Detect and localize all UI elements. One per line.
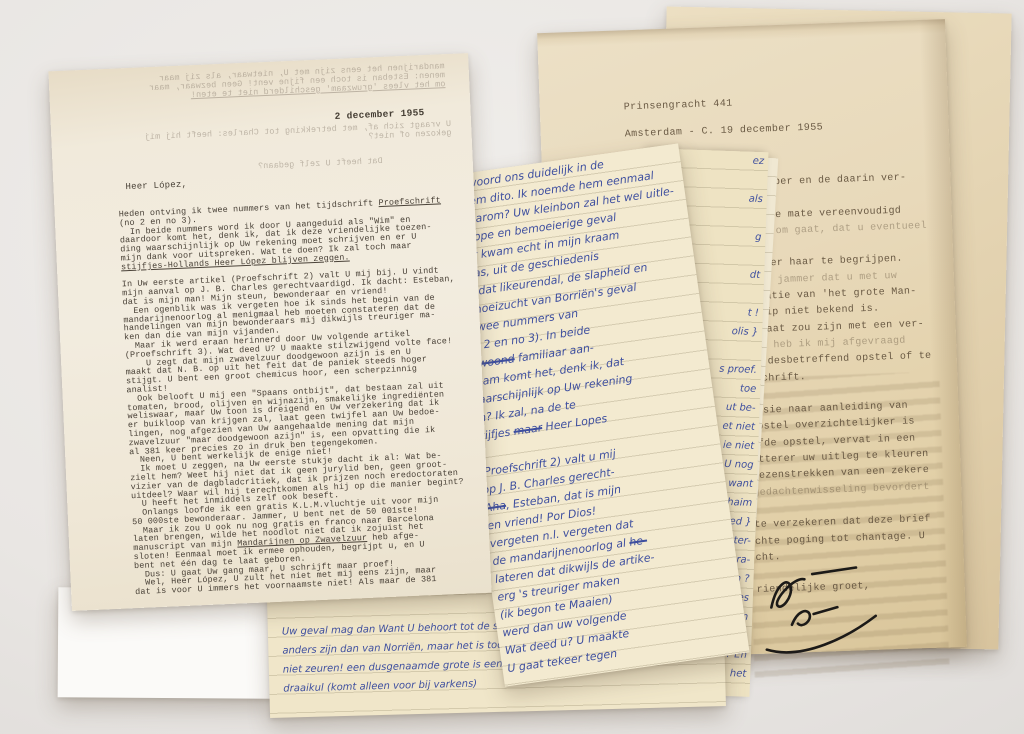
letter-body: Heden ontving ik twee nummers van het ti… bbox=[119, 195, 488, 597]
photo-backdrop: Prinsengracht 441 Amsterdam - C. 19 dece… bbox=[0, 0, 1024, 734]
struck-text: he- bbox=[629, 534, 648, 549]
mirrored-ink-offset-low: Dat heeft U zelf gedaan? bbox=[163, 157, 383, 175]
mirrored-ink-offset-mid: U vraagt zich af, met betrekking tot Cha… bbox=[81, 120, 451, 154]
mirrored-ink-offset-top: mandarijnen het eens zijn met U, nietwaa… bbox=[85, 62, 446, 104]
letter-hermans-to-lopez: mandarijnen het eens zijn met U, nietwaa… bbox=[48, 53, 491, 611]
struck-text: maar bbox=[513, 421, 543, 438]
letter-body-fragments: december en de daarin ver- in die mate v… bbox=[742, 169, 962, 600]
text-line: Dat heeft U zelf gedaan? bbox=[163, 157, 383, 175]
sender-address-line: Prinsengracht 441 bbox=[624, 99, 733, 114]
letter-salutation: Heer López, bbox=[125, 179, 187, 192]
signature-scrawl-icon bbox=[756, 563, 891, 664]
letter-date-line: Amsterdam - C. 19 december 1955 bbox=[625, 122, 824, 140]
